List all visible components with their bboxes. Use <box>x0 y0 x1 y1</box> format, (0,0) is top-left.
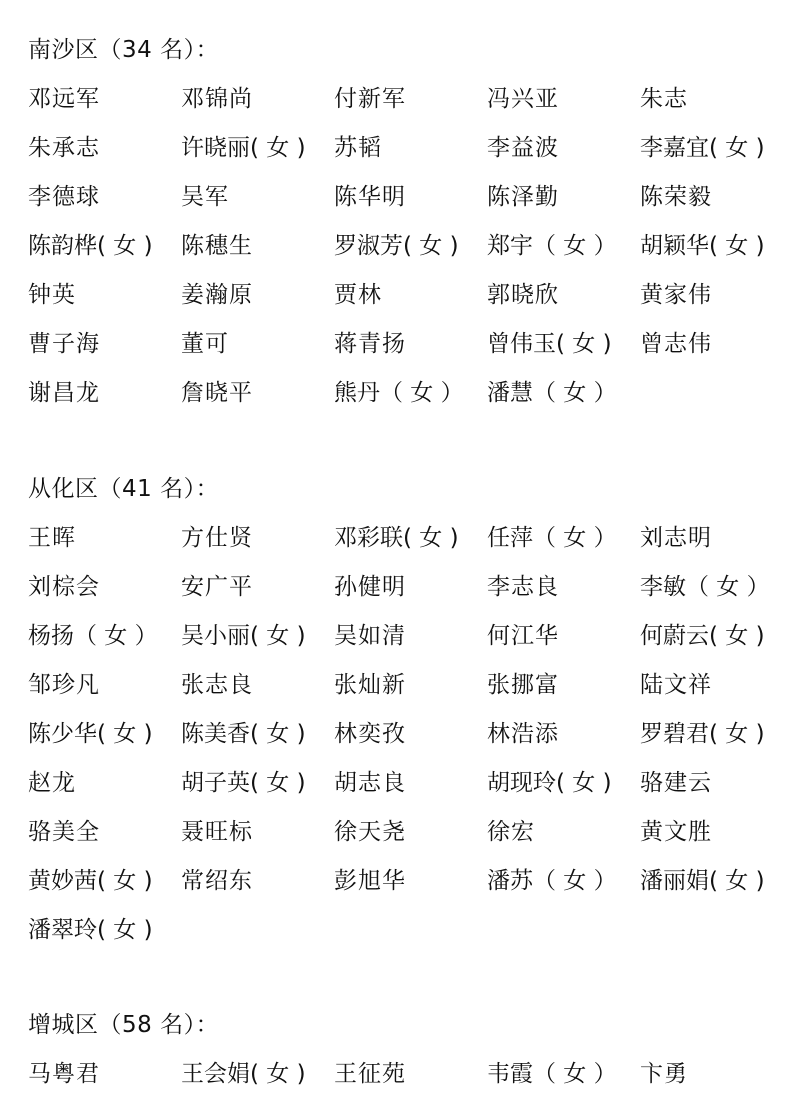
name-cell: 赵龙 <box>28 759 181 808</box>
name-cell: 罗碧君( 女 ) <box>640 710 793 759</box>
name-grid: 王晖 方仕贤 邓彩联( 女 ) 任萍（ 女 ） 刘志明 刘棕会 安广平 孙健明 … <box>28 514 800 955</box>
name-cell: 陈穗生 <box>181 222 334 271</box>
name-cell: 朱承志 <box>28 124 181 173</box>
name-cell: 付新军 <box>334 75 487 124</box>
name-cell: 谢昌龙 <box>28 369 181 418</box>
name-cell: 徐天尧 <box>334 808 487 857</box>
name-cell: 韦霞（ 女 ） <box>487 1050 640 1099</box>
name-cell: 曾志伟 <box>640 320 793 369</box>
name-cell: 曹子海 <box>28 320 181 369</box>
name-cell: 骆建云 <box>640 759 793 808</box>
name-cell: 陈荣毅 <box>640 173 793 222</box>
section-title: 从化区（41 名）： <box>28 465 800 514</box>
name-cell: 张挪富 <box>487 661 640 710</box>
name-grid: 马粤君 王会娟( 女 ) 王征苑 韦霞（ 女 ） 卞勇 <box>28 1050 800 1099</box>
name-cell: 杨扬（ 女 ） <box>28 612 181 661</box>
name-cell: 潘苏（ 女 ） <box>487 857 640 906</box>
name-cell: 李嘉宜( 女 ) <box>640 124 793 173</box>
name-cell: 卞勇 <box>640 1050 793 1099</box>
name-cell: 刘志明 <box>640 514 793 563</box>
name-cell: 苏韬 <box>334 124 487 173</box>
name-cell: 张灿新 <box>334 661 487 710</box>
name-cell: 胡志良 <box>334 759 487 808</box>
name-cell: 任萍（ 女 ） <box>487 514 640 563</box>
name-cell: 李益波 <box>487 124 640 173</box>
name-cell: 朱志 <box>640 75 793 124</box>
name-cell: 邓远军 <box>28 75 181 124</box>
name-cell: 郭晓欣 <box>487 271 640 320</box>
name-cell: 邓锦尚 <box>181 75 334 124</box>
name-cell: 罗淑芳( 女 ) <box>334 222 487 271</box>
section-nansha: 南沙区（34 名）： 邓远军 邓锦尚 付新军 冯兴亚 朱志 朱承志 许晓丽( 女… <box>28 26 800 418</box>
name-cell: 邹珍凡 <box>28 661 181 710</box>
name-cell: 陈泽勤 <box>487 173 640 222</box>
name-cell: 胡颖华( 女 ) <box>640 222 793 271</box>
name-cell: 曾伟玉( 女 ) <box>487 320 640 369</box>
name-cell: 常绍东 <box>181 857 334 906</box>
name-cell: 王会娟( 女 ) <box>181 1050 334 1099</box>
name-cell: 李德球 <box>28 173 181 222</box>
name-cell: 蒋青扬 <box>334 320 487 369</box>
section-zengcheng: 增城区（58 名）： 马粤君 王会娟( 女 ) 王征苑 韦霞（ 女 ） 卞勇 <box>28 1001 800 1099</box>
name-cell: 林浩添 <box>487 710 640 759</box>
name-cell: 张志良 <box>181 661 334 710</box>
name-cell: 何江华 <box>487 612 640 661</box>
name-cell: 彭旭华 <box>334 857 487 906</box>
name-cell: 马粤君 <box>28 1050 181 1099</box>
name-cell: 钟英 <box>28 271 181 320</box>
name-cell: 孙健明 <box>334 563 487 612</box>
name-cell: 吴如清 <box>334 612 487 661</box>
name-cell <box>640 369 793 418</box>
name-cell: 刘棕会 <box>28 563 181 612</box>
name-cell: 邓彩联( 女 ) <box>334 514 487 563</box>
name-cell: 骆美全 <box>28 808 181 857</box>
name-cell: 詹晓平 <box>181 369 334 418</box>
name-cell: 黄文胜 <box>640 808 793 857</box>
name-cell: 熊丹（ 女 ） <box>334 369 487 418</box>
name-cell: 陈少华( 女 ) <box>28 710 181 759</box>
name-cell: 胡子英( 女 ) <box>181 759 334 808</box>
name-cell: 潘丽娟( 女 ) <box>640 857 793 906</box>
name-cell: 黄家伟 <box>640 271 793 320</box>
name-cell: 林奕孜 <box>334 710 487 759</box>
name-list-document: 南沙区（34 名）： 邓远军 邓锦尚 付新军 冯兴亚 朱志 朱承志 许晓丽( 女… <box>0 0 800 1105</box>
name-cell: 安广平 <box>181 563 334 612</box>
name-cell: 王晖 <box>28 514 181 563</box>
section-title: 增城区（58 名）： <box>28 1001 800 1050</box>
name-cell: 聂旺标 <box>181 808 334 857</box>
name-cell: 董可 <box>181 320 334 369</box>
name-cell: 吴军 <box>181 173 334 222</box>
section-title: 南沙区（34 名）： <box>28 26 800 75</box>
name-cell: 潘翠玲( 女 ) <box>28 906 181 955</box>
name-cell: 陈美香( 女 ) <box>181 710 334 759</box>
name-cell: 李志良 <box>487 563 640 612</box>
name-cell: 郑宇（ 女 ） <box>487 222 640 271</box>
name-cell: 潘慧（ 女 ） <box>487 369 640 418</box>
name-cell: 吴小丽( 女 ) <box>181 612 334 661</box>
name-cell: 李敏（ 女 ） <box>640 563 793 612</box>
name-cell: 徐宏 <box>487 808 640 857</box>
name-cell: 陈华明 <box>334 173 487 222</box>
name-cell: 陆文祥 <box>640 661 793 710</box>
name-grid: 邓远军 邓锦尚 付新军 冯兴亚 朱志 朱承志 许晓丽( 女 ) 苏韬 李益波 李… <box>28 75 800 418</box>
name-cell: 方仕贤 <box>181 514 334 563</box>
name-cell: 黄妙茜( 女 ) <box>28 857 181 906</box>
name-cell: 许晓丽( 女 ) <box>181 124 334 173</box>
name-cell: 贾林 <box>334 271 487 320</box>
name-cell: 姜瀚原 <box>181 271 334 320</box>
name-cell: 冯兴亚 <box>487 75 640 124</box>
section-conghua: 从化区（41 名）： 王晖 方仕贤 邓彩联( 女 ) 任萍（ 女 ） 刘志明 刘… <box>28 465 800 955</box>
name-cell: 胡现玲( 女 ) <box>487 759 640 808</box>
name-cell: 何蔚云( 女 ) <box>640 612 793 661</box>
name-cell: 陈韵桦( 女 ) <box>28 222 181 271</box>
name-cell: 王征苑 <box>334 1050 487 1099</box>
